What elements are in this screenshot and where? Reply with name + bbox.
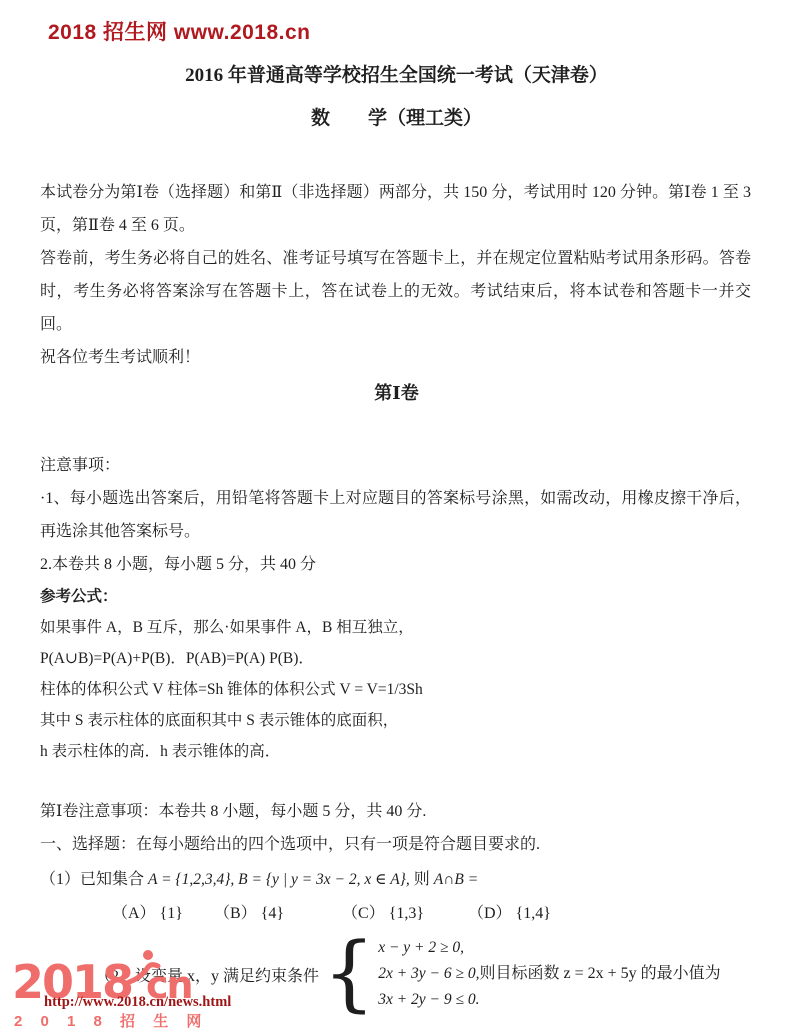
constraint-system: x − y + 2 ≥ 0, 2x + 3y − 6 ≥ 0, 则目标函数 z …: [378, 935, 720, 1013]
intro-paragraph-2: 答卷前，考生务必将自己的姓名、准考证号填写在答题卡上，并在规定位置粘贴考试用条形…: [40, 242, 751, 341]
option-a-value: {1}: [160, 897, 183, 930]
section-1-heading: 第Ⅰ卷: [0, 379, 793, 405]
intro-paragraph-1: 本试卷分为第Ⅰ卷（选择题）和第Ⅱ（非选择题）两部分，共 150 分，考试用时 1…: [40, 176, 751, 242]
logo-caption: 2 0 1 8 招 生 网: [14, 1010, 208, 1031]
question-1-sets-formula: A = {1,2,3,4}, B = {y | y = 3x − 2, x ∈ …: [148, 871, 410, 888]
exam-instructions: 本试卷分为第Ⅰ卷（选择题）和第Ⅱ（非选择题）两部分，共 150 分，考试用时 1…: [40, 176, 751, 374]
option-a-label: （A）: [112, 897, 156, 930]
question-2-suffix: 则目标函数 z = 2x + 5y 的最小值为: [480, 961, 721, 987]
question-1: （1）已知集合 A = {1,2,3,4}, B = {y | y = 3x −…: [40, 863, 751, 897]
formula-line-5: h 表示柱体的高．h 表示锥体的高．: [40, 736, 751, 767]
option-d-value: {1,4}: [516, 897, 551, 930]
intro-paragraph-3: 祝各位考生考试顺利！: [40, 341, 751, 374]
site-logo-watermark: 2018cn http://www.2018.cn/news.html 2 0 …: [12, 958, 332, 1034]
option-c-value: {1,3}: [389, 897, 424, 930]
exam-document-page: 2018 招生网 www.2018.cn 2016 年普通高等学校招生全国统一考…: [0, 0, 793, 1034]
reference-formulas: 参考公式： 如果事件 A，B 互斥，那么·如果事件 A，B 相互独立， P(A∪…: [40, 581, 751, 767]
question-1-conjunction: 则: [414, 871, 430, 888]
exam-title: 2016 年普通高等学校招生全国统一考试（天津卷）: [0, 60, 793, 87]
formulas-heading: 参考公式：: [40, 581, 751, 612]
constraint-1: x − y + 2 ≥ 0,: [378, 935, 720, 961]
notes-heading: 注意事项：: [40, 449, 751, 482]
part1-note: 第Ⅰ卷注意事项：本卷共 8 小题，每小题 5 分，共 40 分.: [40, 795, 751, 828]
formula-line-2: P(A∪B)=P(A)+P(B)．P(AB)=P(A) P(B)．: [40, 643, 751, 674]
option-a: （A） {1}: [112, 897, 214, 930]
logo-url-link[interactable]: http://www.2018.cn/news.html: [44, 994, 231, 1011]
question-1-intersection-formula: A∩B =: [434, 871, 478, 888]
option-d-label: （D）: [468, 897, 512, 930]
site-banner: 2018 招生网 www.2018.cn: [0, 0, 793, 46]
option-b-value: {4}: [261, 897, 284, 930]
option-d: （D） {1,4}: [468, 897, 588, 930]
note-item-1: ·1、每小题选出答案后，用铅笔将答题卡上对应题目的答案标号涂黑，如需改动，用橡皮…: [40, 482, 751, 548]
formula-line-1: 如果事件 A，B 互斥，那么·如果事件 A，B 相互独立，: [40, 612, 751, 643]
formula-line-3: 柱体的体积公式 V 柱体=Sh 锥体的体积公式 V = V=1/3Sh: [40, 674, 751, 705]
exam-subject-title: 数 学（理工类）: [0, 103, 793, 130]
constraint-2: 2x + 3y − 6 ≥ 0,: [378, 961, 479, 987]
question-1-options: （A） {1} （B） {4} （C） {1,3} （D） {1,4}: [40, 897, 751, 930]
formula-line-4: 其中 S 表示柱体的底面积其中 S 表示锥体的底面积，: [40, 705, 751, 736]
note-item-2: 2.本卷共 8 小题，每小题 5 分，共 40 分: [40, 548, 751, 581]
question-1-prefix: （1）已知集合: [40, 871, 144, 888]
constraint-3: 3x + 2y − 9 ≤ 0.: [378, 987, 720, 1013]
jumping-person-icon: [124, 946, 164, 991]
option-b-label: （B）: [214, 897, 257, 930]
choice-section-instruction: 一、选择题：在每小题给出的四个选项中，只有一项是符合题目要求的.: [40, 828, 751, 861]
